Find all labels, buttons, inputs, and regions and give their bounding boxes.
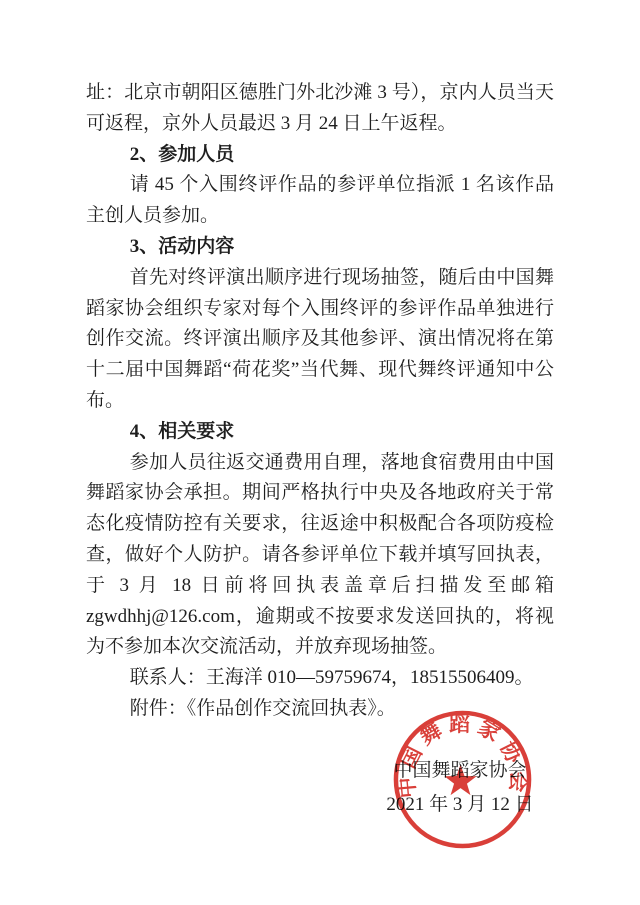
paragraph-activity: 首先对终评演出顺序进行现场抽签，随后由中国舞蹈家协会组织专家对每个入围终评的参评… — [86, 263, 554, 417]
continuation-paragraph-address: 址：北京市朝阳区德胜门外北沙滩 3 号），京内人员当天可返程，京外人员最迟 3 … — [86, 78, 554, 140]
section-heading-activity: 3、活动内容 — [86, 232, 554, 263]
document-body: 址：北京市朝阳区德胜门外北沙滩 3 号），京内人员当天可返程，京外人员最迟 3 … — [86, 78, 554, 725]
document-page: 址：北京市朝阳区德胜门外北沙滩 3 号），京内人员当天可返程，京外人员最迟 3 … — [0, 0, 640, 905]
section-heading-participants: 2、参加人员 — [86, 140, 554, 171]
paragraph-participants: 请 45 个入围终评作品的参评单位指派 1 名该作品主创人员参加。 — [86, 170, 554, 232]
official-seal: 中国舞蹈家协会 — [388, 702, 537, 851]
section-heading-requirements: 4、相关要求 — [86, 417, 554, 448]
paragraph-requirements: 参加人员往返交通费用自理，落地食宿费用由中国舞蹈家协会承担。期间严格执行中央及各… — [86, 448, 554, 664]
contact-line: 联系人：王海洋 010—59759674，18515506409。 — [86, 663, 554, 694]
red-star-icon — [444, 765, 476, 796]
